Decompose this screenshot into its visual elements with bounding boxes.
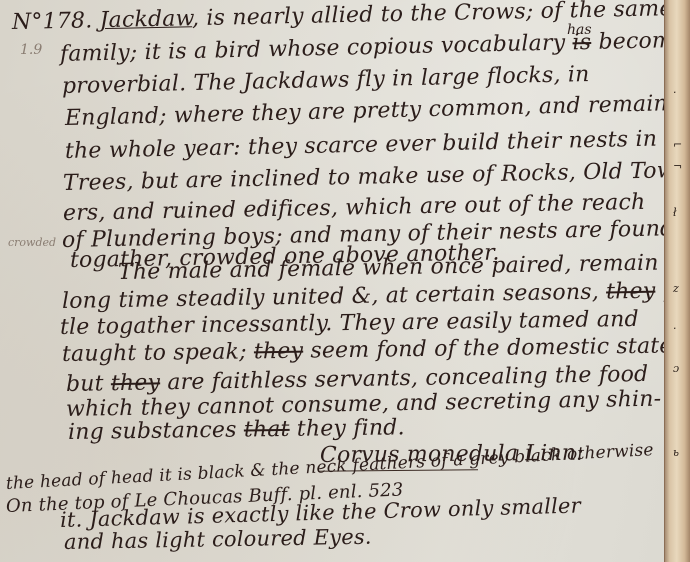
entry-number: N°178. [12, 8, 100, 35]
manuscript-line-2: family; it is a bird whose copious vocab… [60, 28, 666, 67]
manuscript-line-4: England; where they are pretty common, a… [65, 91, 666, 131]
binding-mark: ł [673, 206, 677, 219]
line-text: family; it is a bird whose copious vocab… [60, 31, 566, 67]
struck-word: they [254, 339, 304, 365]
binding-mark: · [673, 86, 677, 99]
manuscript-line-5: the whole year: they scarce ever build t… [65, 127, 658, 164]
line-text-after: they find. [289, 415, 404, 442]
margin-note-crowded: crowded [8, 236, 56, 249]
line-text: taught to speak; [62, 339, 254, 367]
added-note-line-4: and has light coloured Eyes. [64, 525, 372, 554]
binding-mark: ь [673, 446, 679, 459]
line-text-after: seem fond of the domestic state; [303, 333, 666, 363]
binding-mark: ɔ [673, 362, 679, 375]
manuscript-line-16: ing substances that they find. [68, 415, 405, 445]
line-text: ing substances [68, 418, 244, 445]
binding-mark: ¬ [673, 160, 682, 173]
line-text-after: become [591, 28, 666, 55]
struck-word: they [111, 370, 161, 396]
line-text: but [66, 371, 111, 397]
binding-mark: z [673, 282, 679, 295]
struck-word: they [606, 279, 656, 305]
binding-mark: ⌐ [673, 138, 682, 151]
binding-mark: · [673, 322, 677, 335]
manuscript-page: 1.9 crowded N°178. Jackdaw, is nearly al… [0, 0, 666, 562]
struck-word: is [572, 30, 591, 55]
struck-word: that [244, 417, 290, 443]
manuscript-line-3: proverbial. The Jackdaws fly in large fl… [62, 62, 590, 99]
line-text: , is nearly allied to the Crows; of the … [192, 0, 666, 31]
book-binding-edge: · ⌐ ¬ ł z · ɔ ь [664, 0, 690, 562]
entry-title: Jackdaw [99, 6, 192, 33]
margin-note-top-left: 1.9 [20, 42, 42, 58]
